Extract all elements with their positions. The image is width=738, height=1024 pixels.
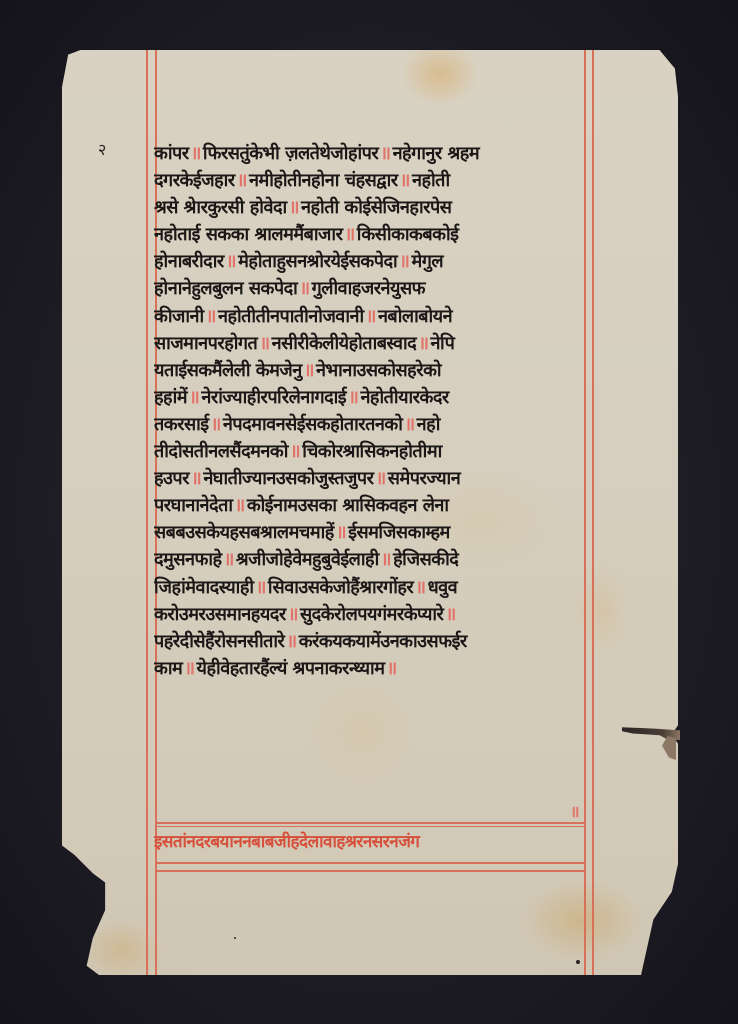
text-line: तीदोसतीनलसैंदमनको॥चिकोरश्रासिकनहोतीमा [154, 438, 594, 465]
colophon-top-rule-2 [155, 826, 584, 827]
left-margin-rule-outer [146, 50, 148, 975]
colophon-top-rule [155, 822, 584, 824]
text-line: श्रसे श्रेारकुरसी होवेदा॥नहोती कोईसेजिनह… [154, 194, 594, 221]
section-end-mark: ॥ [570, 800, 580, 822]
text-line: नहोताई सकका श्रालममैंबाजार॥किसीकाकबकोई [154, 221, 594, 248]
text-line: सबबउसकेयहसबश्रालमचमाहें॥ईसमजिसकाम्हम [154, 519, 594, 546]
manuscript-folio: २ कांपर॥फिरसतुंकेभी ज़लतेथेजोहांपर॥नहेगा… [62, 50, 678, 975]
text-line: तकरसाई॥नेपदमावनसेईसकहोतारतनको॥नहो [154, 411, 594, 438]
text-line: साजमानपरहोगत॥नसीरीकेलीयेहोताबस्वाद॥नेपि [154, 330, 594, 357]
ink-speck [234, 937, 236, 939]
manuscript-text: कांपर॥फिरसतुंकेभी ज़लतेथेजोहांपर॥नहेगानु… [154, 140, 594, 682]
colophon-bottom-rule [155, 862, 584, 864]
text-line: कीजानी॥नहोतीतीनपातीनोजवानी॥नबोलाबोयने [154, 303, 594, 330]
folio-number: २ [98, 138, 106, 160]
red-colophon-line: इसतांनदरबयाननबाबजीहदेलावाहश्ररनसरनजंग [154, 829, 594, 855]
text-line: यताईसकमैंलेली केमजेनु॥नेभानाउसकोसहरेको [154, 357, 594, 384]
text-line: कांपर॥फिरसतुंकेभी ज़लतेथेजोहांपर॥नहेगानु… [154, 140, 594, 167]
text-line: होनाबरीदार॥मेहोताहुसनश्रोरयेईसकपेदा॥मेगु… [154, 248, 594, 275]
text-line: काम॥येहीवेहतारहैंल्यं श्रपनाकरन्थ्याम॥ [154, 655, 594, 682]
colophon-bottom-rule-2 [155, 870, 584, 872]
text-line: जिहांमेवादस्याही॥सिवाउसकेजोहैंश्रारगोंहर… [154, 574, 594, 601]
text-line: परघानानेदेता॥कोईनामउसका श्रासिकवहन लेना [154, 492, 594, 519]
text-line: करोउमरउसमानहयदर॥सुदकेरोलपयगंमरकेप्यारे॥ [154, 601, 594, 628]
text-line: हउपर॥नेघातीज्यानउसकोजुस्तजुपर॥समेपरज्यान [154, 465, 594, 492]
text-line: हहांमें॥नेरांज्याहीरपरिलेनागदाई॥नेहोतीया… [154, 384, 594, 411]
text-line: पहरेदीसेहैंरोसनसीतारे॥करंकयकयामेंउनकाउसफ… [154, 628, 594, 655]
text-line: होनानेहुलबुलन सकपेदा॥गुलीवाहजरनेयुसफ [154, 275, 594, 302]
text-line: दमुसनफाहे॥श्रजीजोहेवेमहुबुवेईलाही॥हेजिसक… [154, 546, 594, 573]
text-line: दगरकेईजहार॥नमीहोतीनहोना चंहसद्वार॥नहोती [154, 167, 594, 194]
ink-speck [576, 960, 580, 964]
